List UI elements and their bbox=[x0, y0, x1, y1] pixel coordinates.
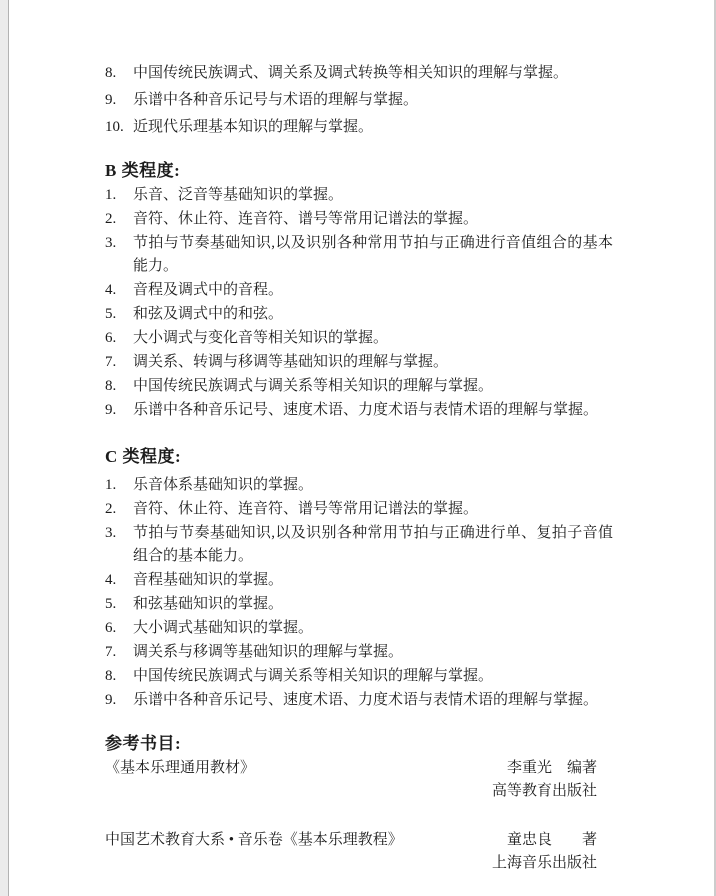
item-number: 4. bbox=[105, 569, 133, 592]
book-title: 中国艺术教育大系 • 音乐卷《基本乐理教程》 bbox=[105, 829, 403, 852]
item-number: 9. bbox=[105, 689, 133, 712]
list-item: 8.中国传统民族调式与调关系等相关知识的理解与掌握。 bbox=[105, 375, 613, 398]
list-item: 1.乐音体系基础知识的掌握。 bbox=[105, 474, 613, 497]
item-number: 8. bbox=[105, 62, 133, 85]
section: C 类程度:1.乐音体系基础知识的掌握。2.音符、休止符、连音符、谱号等常用记谱… bbox=[105, 445, 613, 712]
item-text: 节拍与节奏基础知识,以及识别各种常用节拍与正确进行单、复拍子音值组合的基本能力。 bbox=[133, 522, 613, 568]
item-text: 中国传统民族调式、调关系及调式转换等相关知识的理解与掌握。 bbox=[133, 62, 613, 85]
list-item: 8.中国传统民族调式与调关系等相关知识的理解与掌握。 bbox=[105, 665, 613, 688]
item-text: 节拍与节奏基础知识,以及识别各种常用节拍与正确进行音值组合的基本能力。 bbox=[133, 232, 613, 278]
item-text: 乐音体系基础知识的掌握。 bbox=[133, 474, 613, 497]
document-body: 8.中国传统民族调式、调关系及调式转换等相关知识的理解与掌握。9.乐谱中各种音乐… bbox=[105, 62, 613, 875]
bibliography-entry: 中国艺术教育大系 • 音乐卷《基本乐理教程》童忠良 著上海音乐出版社 bbox=[105, 829, 613, 875]
bibliography-entries: 《基本乐理通用教材》李重光 编著高等教育出版社中国艺术教育大系 • 音乐卷《基本… bbox=[105, 757, 613, 875]
section: 8.中国传统民族调式、调关系及调式转换等相关知识的理解与掌握。9.乐谱中各种音乐… bbox=[105, 62, 613, 139]
item-number: 5. bbox=[105, 593, 133, 616]
item-number: 4. bbox=[105, 279, 133, 302]
bibliography-entry: 《基本乐理通用教材》李重光 编著高等教育出版社 bbox=[105, 757, 613, 803]
list-item: 2.音符、休止符、连音符、谱号等常用记谱法的掌握。 bbox=[105, 498, 613, 521]
list-item: 5.和弦及调式中的和弦。 bbox=[105, 303, 613, 326]
item-number: 3. bbox=[105, 522, 133, 568]
section: B 类程度:1.乐音、泛音等基础知识的掌握。2.音符、休止符、连音符、谱号等常用… bbox=[105, 159, 613, 422]
list-item: 1.乐音、泛音等基础知识的掌握。 bbox=[105, 184, 613, 207]
section-heading: C 类程度: bbox=[105, 445, 613, 468]
item-text: 大小调式基础知识的掌握。 bbox=[133, 617, 613, 640]
book-publisher: 高等教育出版社 bbox=[105, 780, 597, 803]
list-item: 7.调关系与移调等基础知识的理解与掌握。 bbox=[105, 641, 613, 664]
item-number: 6. bbox=[105, 617, 133, 640]
list-item: 9.乐谱中各种音乐记号与术语的理解与掌握。 bbox=[105, 89, 613, 112]
item-number: 2. bbox=[105, 208, 133, 231]
item-text: 中国传统民族调式与调关系等相关知识的理解与掌握。 bbox=[133, 375, 613, 398]
bibliography-section: 参考书目: 《基本乐理通用教材》李重光 编著高等教育出版社中国艺术教育大系 • … bbox=[105, 732, 613, 875]
list-item: 4.音程基础知识的掌握。 bbox=[105, 569, 613, 592]
item-text: 和弦基础知识的掌握。 bbox=[133, 593, 613, 616]
book-publisher: 上海音乐出版社 bbox=[105, 852, 597, 875]
list-item: 5.和弦基础知识的掌握。 bbox=[105, 593, 613, 616]
list-item: 9.乐谱中各种音乐记号、速度术语、力度术语与表情术语的理解与掌握。 bbox=[105, 399, 613, 422]
list-item: 9.乐谱中各种音乐记号、速度术语、力度术语与表情术语的理解与掌握。 bbox=[105, 689, 613, 712]
item-text: 调关系与移调等基础知识的理解与掌握。 bbox=[133, 641, 613, 664]
bibliography-row: 《基本乐理通用教材》李重光 编著 bbox=[105, 757, 613, 780]
list-item: 8.中国传统民族调式、调关系及调式转换等相关知识的理解与掌握。 bbox=[105, 62, 613, 85]
list-item: 7.调关系、转调与移调等基础知识的理解与掌握。 bbox=[105, 351, 613, 374]
list-item: 2.音符、休止符、连音符、谱号等常用记谱法的掌握。 bbox=[105, 208, 613, 231]
item-text: 调关系、转调与移调等基础知识的理解与掌握。 bbox=[133, 351, 613, 374]
item-text: 近现代乐理基本知识的理解与掌握。 bbox=[133, 116, 613, 139]
item-number: 1. bbox=[105, 184, 133, 207]
item-number: 7. bbox=[105, 351, 133, 374]
item-number: 10. bbox=[105, 116, 133, 139]
item-number: 3. bbox=[105, 232, 133, 278]
item-number: 1. bbox=[105, 474, 133, 497]
item-text: 乐音、泛音等基础知识的掌握。 bbox=[133, 184, 613, 207]
book-author: 童忠良 著 bbox=[507, 829, 597, 852]
item-text: 和弦及调式中的和弦。 bbox=[133, 303, 613, 326]
item-text: 音程基础知识的掌握。 bbox=[133, 569, 613, 592]
item-text: 大小调式与变化音等相关知识的掌握。 bbox=[133, 327, 613, 350]
book-title: 《基本乐理通用教材》 bbox=[105, 757, 255, 780]
list-item: 3.节拍与节奏基础知识,以及识别各种常用节拍与正确进行音值组合的基本能力。 bbox=[105, 232, 613, 278]
item-text: 音程及调式中的音程。 bbox=[133, 279, 613, 302]
item-text: 乐谱中各种音乐记号、速度术语、力度术语与表情术语的理解与掌握。 bbox=[133, 399, 613, 422]
list-item: 3.节拍与节奏基础知识,以及识别各种常用节拍与正确进行单、复拍子音值组合的基本能… bbox=[105, 522, 613, 568]
sections-container: 8.中国传统民族调式、调关系及调式转换等相关知识的理解与掌握。9.乐谱中各种音乐… bbox=[105, 62, 613, 712]
list-item: 4.音程及调式中的音程。 bbox=[105, 279, 613, 302]
item-number: 2. bbox=[105, 498, 133, 521]
list-item: 10.近现代乐理基本知识的理解与掌握。 bbox=[105, 116, 613, 139]
item-number: 9. bbox=[105, 399, 133, 422]
item-number: 6. bbox=[105, 327, 133, 350]
item-text: 乐谱中各种音乐记号、速度术语、力度术语与表情术语的理解与掌握。 bbox=[133, 689, 613, 712]
item-text: 中国传统民族调式与调关系等相关知识的理解与掌握。 bbox=[133, 665, 613, 688]
list-item: 6.大小调式与变化音等相关知识的掌握。 bbox=[105, 327, 613, 350]
bibliography-row: 中国艺术教育大系 • 音乐卷《基本乐理教程》童忠良 著 bbox=[105, 829, 613, 852]
item-text: 乐谱中各种音乐记号与术语的理解与掌握。 bbox=[133, 89, 613, 112]
item-number: 8. bbox=[105, 665, 133, 688]
book-author: 李重光 编著 bbox=[507, 757, 597, 780]
item-number: 8. bbox=[105, 375, 133, 398]
page-left-edge bbox=[0, 0, 9, 896]
item-number: 5. bbox=[105, 303, 133, 326]
list-item: 6.大小调式基础知识的掌握。 bbox=[105, 617, 613, 640]
item-number: 9. bbox=[105, 89, 133, 112]
section-heading: B 类程度: bbox=[105, 159, 613, 182]
item-text: 音符、休止符、连音符、谱号等常用记谱法的掌握。 bbox=[133, 498, 613, 521]
item-number: 7. bbox=[105, 641, 133, 664]
item-text: 音符、休止符、连音符、谱号等常用记谱法的掌握。 bbox=[133, 208, 613, 231]
bibliography-heading: 参考书目: bbox=[105, 732, 613, 755]
document-page: 8.中国传统民族调式、调关系及调式转换等相关知识的理解与掌握。9.乐谱中各种音乐… bbox=[0, 0, 716, 896]
